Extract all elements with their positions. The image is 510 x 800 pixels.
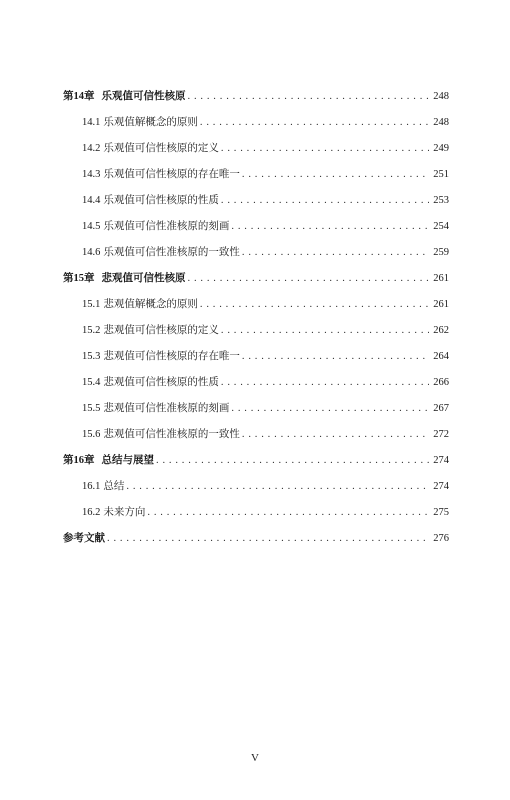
toc-entry-title: 未来方向 bbox=[103, 504, 145, 522]
toc-section-15-4[interactable]: 15.4 悲观值可信性核原的性质 266 bbox=[63, 374, 449, 400]
toc-entry-page: 261 bbox=[433, 296, 449, 314]
toc-entry-title: 乐观值可信性核原的定义 bbox=[103, 140, 219, 158]
toc-entry-number: 第14章 bbox=[63, 88, 95, 106]
toc-entry-title: 悲观值可信性核原的存在唯一 bbox=[103, 348, 240, 366]
toc-entry-title: 悲观值可信性准核原的一致性 bbox=[103, 426, 240, 444]
toc-entry-number: 14.4 bbox=[82, 192, 100, 210]
dot-leader bbox=[221, 192, 429, 210]
toc-entry-number: 16.2 bbox=[82, 504, 100, 522]
toc-entry-title: 乐观值可信性准核原的刻画 bbox=[103, 218, 229, 236]
dot-leader bbox=[188, 270, 430, 288]
toc-section-14-6[interactable]: 14.6 乐观值可信性准核原的一致性 259 bbox=[63, 244, 449, 270]
dot-leader bbox=[200, 296, 429, 314]
toc-entry-number: 15.2 bbox=[82, 322, 100, 340]
toc-entry-number: 15.6 bbox=[82, 426, 100, 444]
toc-references[interactable]: 参考文献 276 bbox=[63, 530, 449, 556]
toc-entry-page: 266 bbox=[433, 374, 449, 392]
toc-section-15-2[interactable]: 15.2 悲观值可信性核原的定义 262 bbox=[63, 322, 449, 348]
toc-entry-page: 254 bbox=[433, 218, 449, 236]
toc-entry-number: 15.4 bbox=[82, 374, 100, 392]
toc-section-16-2[interactable]: 16.2 未来方向 275 bbox=[63, 504, 449, 530]
toc-section-15-6[interactable]: 15.6 悲观值可信性准核原的一致性 272 bbox=[63, 426, 449, 452]
toc-entry-title: 乐观值解概念的原则 bbox=[103, 114, 198, 132]
dot-leader bbox=[107, 530, 429, 548]
dot-leader bbox=[231, 400, 429, 418]
dot-leader bbox=[147, 504, 429, 522]
toc-section-14-2[interactable]: 14.2 乐观值可信性核原的定义 249 bbox=[63, 140, 449, 166]
toc-entry-number: 14.5 bbox=[82, 218, 100, 236]
toc-section-14-3[interactable]: 14.3 乐观值可信性核原的存在唯一 251 bbox=[63, 166, 449, 192]
toc-entry-number: 15.5 bbox=[82, 400, 100, 418]
toc-entry-number: 14.6 bbox=[82, 244, 100, 262]
toc-entry-page: 264 bbox=[433, 348, 449, 366]
dot-leader bbox=[242, 348, 429, 366]
toc-section-15-3[interactable]: 15.3 悲观值可信性核原的存在唯一 264 bbox=[63, 348, 449, 374]
dot-leader bbox=[126, 478, 429, 496]
toc-entry-title: 参考文献 bbox=[63, 530, 105, 548]
toc-entry-title: 悲观值可信性核原的性质 bbox=[103, 374, 219, 392]
toc-entry-title: 乐观值可信性核原的存在唯一 bbox=[103, 166, 240, 184]
dot-leader bbox=[242, 166, 429, 184]
toc-chapter-16[interactable]: 第16章 总结与展望 274 bbox=[63, 452, 449, 478]
toc-section-16-1[interactable]: 16.1 总结 274 bbox=[63, 478, 449, 504]
toc-entry-page: 262 bbox=[433, 322, 449, 340]
toc-entry-title: 悲观值可信性核原 bbox=[102, 270, 186, 288]
toc-entry-number: 14.2 bbox=[82, 140, 100, 158]
toc-entry-title: 悲观值可信性准核原的刻画 bbox=[103, 400, 229, 418]
toc-entry-title: 乐观值可信性核原 bbox=[102, 88, 186, 106]
dot-leader bbox=[188, 88, 430, 106]
toc-section-14-4[interactable]: 14.4 乐观值可信性核原的性质 253 bbox=[63, 192, 449, 218]
toc-entry-page: 251 bbox=[433, 166, 449, 184]
toc-entry-page: 274 bbox=[433, 478, 449, 496]
toc-entry-page: 261 bbox=[433, 270, 449, 288]
toc-entry-title: 总结 bbox=[103, 478, 124, 496]
toc-entry-number: 15.1 bbox=[82, 296, 100, 314]
dot-leader bbox=[200, 114, 429, 132]
toc-section-15-1[interactable]: 15.1 悲观值解概念的原则 261 bbox=[63, 296, 449, 322]
toc-entry-page: 248 bbox=[433, 88, 449, 106]
toc-entry-page: 275 bbox=[433, 504, 449, 522]
toc-entry-title: 悲观值可信性核原的定义 bbox=[103, 322, 219, 340]
dot-leader bbox=[221, 140, 429, 158]
toc-entry-number: 14.3 bbox=[82, 166, 100, 184]
dot-leader bbox=[231, 218, 429, 236]
dot-leader bbox=[221, 374, 429, 392]
toc-entry-page: 249 bbox=[433, 140, 449, 158]
dot-leader bbox=[242, 426, 429, 444]
toc-entry-page: 274 bbox=[433, 452, 449, 470]
toc-entry-number: 16.1 bbox=[82, 478, 100, 496]
page-number-footer: V bbox=[0, 752, 510, 764]
toc-entry-title: 总结与展望 bbox=[102, 452, 155, 470]
toc-chapter-15[interactable]: 第15章 悲观值可信性核原 261 bbox=[63, 270, 449, 296]
toc-chapter-14[interactable]: 第14章 乐观值可信性核原 248 bbox=[63, 88, 449, 114]
toc-entry-title: 乐观值可信性核原的性质 bbox=[103, 192, 219, 210]
toc-entry-title: 悲观值解概念的原则 bbox=[103, 296, 198, 314]
toc-entry-number: 第16章 bbox=[63, 452, 95, 470]
toc-entry-title: 乐观值可信性准核原的一致性 bbox=[103, 244, 240, 262]
toc-entry-number: 14.1 bbox=[82, 114, 100, 132]
toc-section-14-5[interactable]: 14.5 乐观值可信性准核原的刻画 254 bbox=[63, 218, 449, 244]
dot-leader bbox=[156, 452, 429, 470]
table-of-contents: 第14章 乐观值可信性核原 248 14.1 乐观值解概念的原则 248 14.… bbox=[63, 88, 449, 556]
toc-section-15-5[interactable]: 15.5 悲观值可信性准核原的刻画 267 bbox=[63, 400, 449, 426]
toc-entry-page: 259 bbox=[433, 244, 449, 262]
toc-section-14-1[interactable]: 14.1 乐观值解概念的原则 248 bbox=[63, 114, 449, 140]
dot-leader bbox=[242, 244, 429, 262]
toc-entry-page: 248 bbox=[433, 114, 449, 132]
toc-entry-number: 15.3 bbox=[82, 348, 100, 366]
toc-entry-page: 253 bbox=[433, 192, 449, 210]
toc-entry-page: 272 bbox=[433, 426, 449, 444]
toc-entry-page: 276 bbox=[433, 530, 449, 548]
toc-entry-page: 267 bbox=[433, 400, 449, 418]
dot-leader bbox=[221, 322, 429, 340]
toc-entry-number: 第15章 bbox=[63, 270, 95, 288]
